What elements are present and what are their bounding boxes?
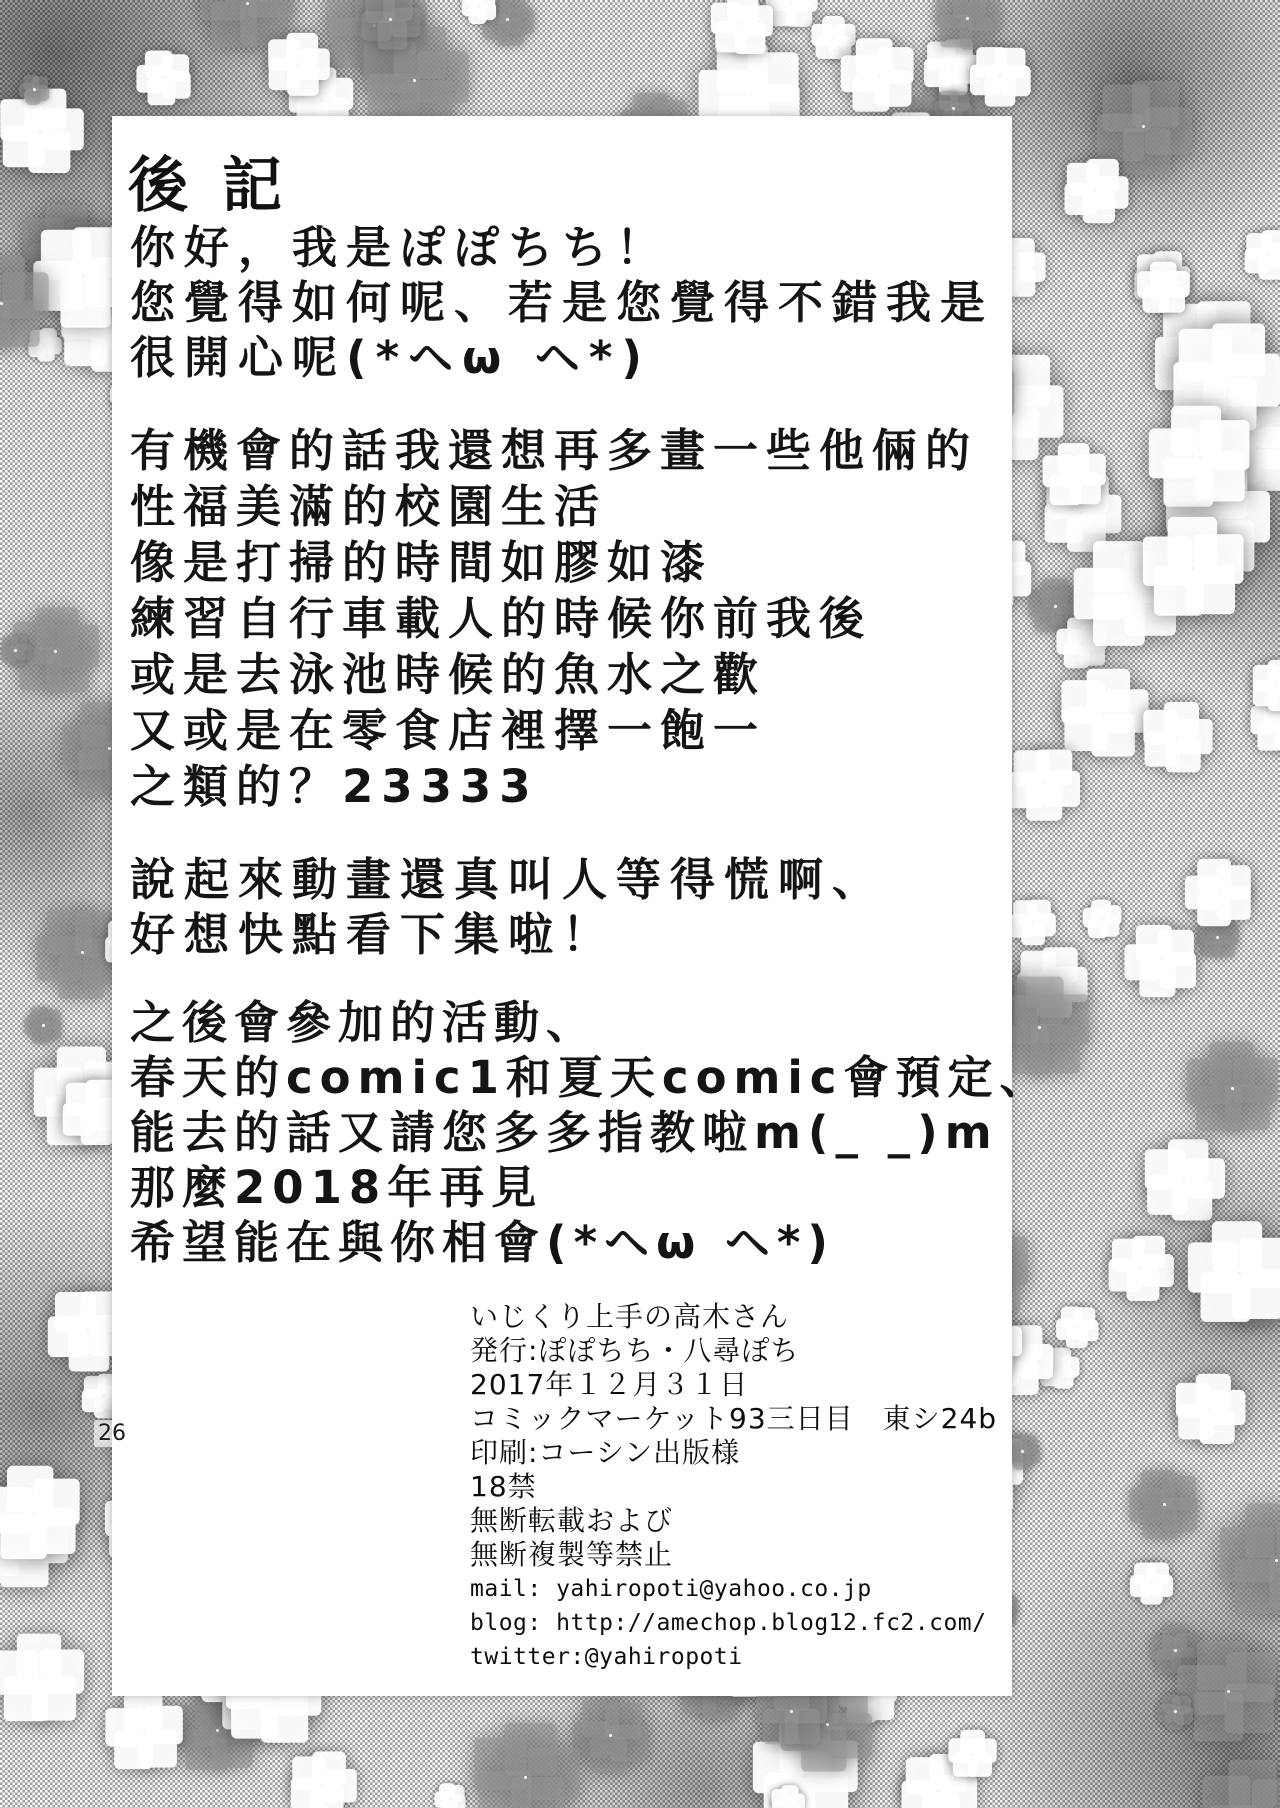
sakura-flower-decoration bbox=[373, 24, 376, 27]
sakura-flower-decoration bbox=[1031, 920, 1034, 923]
sakura-flower-decoration bbox=[42, 1024, 45, 1027]
sakura-flower-decoration bbox=[1016, 1358, 1019, 1361]
sakura-flower-decoration bbox=[389, 18, 392, 21]
sakura-flower-decoration bbox=[1231, 1087, 1234, 1090]
afterword-line: 很開心呢(*ヘω ヘ*) bbox=[130, 330, 1000, 385]
sakura-flower-decoration bbox=[81, 951, 84, 954]
sakura-flower-decoration bbox=[38, 1678, 41, 1681]
colophon-date: 2017年１２月３１日 bbox=[470, 1368, 1000, 1402]
sakura-flower-decoration bbox=[14, 649, 17, 652]
sakura-flower-decoration bbox=[832, 37, 835, 40]
sakura-flower-decoration bbox=[971, 1753, 974, 1756]
sakura-flower-decoration bbox=[1227, 1690, 1230, 1693]
sakura-flower-decoration bbox=[413, 79, 416, 82]
colophon-publisher: 発行:ぽぽちち・八尋ぽち bbox=[470, 1334, 1000, 1368]
sakura-flower-decoration bbox=[1142, 125, 1145, 128]
afterword-title: 後記 bbox=[128, 138, 316, 224]
sakura-flower-decoration bbox=[296, 63, 299, 66]
sakura-flower-decoration bbox=[952, 107, 955, 110]
contact-blog: blog: http://amechop.blog12.fc2.com/ bbox=[470, 1606, 1000, 1640]
afterword-line: 有機會的話我還想再多畫一些他倆的 bbox=[130, 423, 1000, 479]
sakura-flower-decoration bbox=[1192, 567, 1195, 570]
colophon-rating: 18禁 bbox=[470, 1470, 1000, 1504]
sakura-flower-decoration bbox=[609, 1734, 612, 1737]
scanned-afterword-page: 後記 你好，我是ぽぽちち！ 您覺得如何呢、若是您覺得不錯我是 很開心呢(*ヘω … bbox=[0, 0, 1280, 1808]
sakura-flower-decoration bbox=[1160, 277, 1163, 280]
sakura-flower-decoration bbox=[33, 1512, 36, 1515]
sakura-flower-decoration bbox=[163, 76, 166, 79]
page-number: 26 bbox=[94, 1420, 130, 1447]
afterword-line: 或是去泳池時候的魚水之歡 bbox=[130, 647, 1000, 703]
afterword-line: 你好，我是ぽぽちち！ bbox=[130, 220, 1000, 275]
sakura-flower-decoration bbox=[143, 1731, 146, 1734]
sakura-flower-decoration bbox=[1174, 1710, 1177, 1713]
colophon-notice-line: 無断転載および bbox=[470, 1504, 1000, 1538]
sakura-flower-decoration bbox=[1275, 1559, 1278, 1562]
sakura-flower-decoration bbox=[1162, 287, 1165, 290]
sakura-flower-decoration bbox=[1073, 474, 1076, 477]
afterword-line: 練習自行車載人的時候你前我後 bbox=[130, 591, 1000, 647]
sakura-flower-decoration bbox=[1238, 1272, 1241, 1275]
sakura-flower-decoration bbox=[1215, 519, 1218, 522]
afterword-paragraph-events: 之後會參加的活動、 春天的comic1和夏天comic會預定、 能去的話又請您多… bbox=[130, 995, 1000, 1270]
afterword-line: 之後會參加的活動、 bbox=[130, 995, 1000, 1050]
sakura-flower-decoration bbox=[73, 290, 76, 293]
sakura-flower-decoration bbox=[39, 130, 42, 133]
sakura-flower-decoration bbox=[33, 88, 36, 91]
sakura-flower-decoration bbox=[449, 1797, 452, 1800]
sakura-flower-decoration bbox=[1267, 253, 1270, 256]
afterword-line: 性福美滿的校園生活 bbox=[130, 479, 1000, 535]
sakura-flower-decoration bbox=[1216, 936, 1219, 939]
sakura-flower-decoration bbox=[1160, 959, 1163, 962]
sakura-flower-decoration bbox=[83, 1096, 86, 1099]
sakura-flower-decoration bbox=[506, 18, 509, 21]
afterword-line: 您覺得如何呢、若是您覺得不錯我是 bbox=[130, 275, 1000, 330]
sakura-flower-decoration bbox=[1050, 980, 1053, 983]
afterword-line: 好想快點看下集啦！ bbox=[130, 907, 1000, 962]
sakura-flower-decoration bbox=[926, 1794, 929, 1797]
sakura-flower-decoration bbox=[1163, 1503, 1166, 1506]
sakura-flower-decoration bbox=[1224, 374, 1227, 377]
afterword-line: 能去的話又請您多多指教啦m(_ _)m bbox=[130, 1105, 1000, 1160]
sakura-flower-decoration bbox=[1076, 1325, 1079, 1328]
sakura-flower-decoration bbox=[54, 650, 57, 653]
sakura-flower-decoration bbox=[790, 1, 793, 4]
sakura-flower-decoration bbox=[1207, 351, 1210, 354]
colophon-printer: 印刷:コーシン出版様 bbox=[470, 1436, 1000, 1470]
afterword-paragraph-ideas: 有機會的話我還想再多畫一些他倆的 性福美滿的校園生活 像是打掃的時間如膠如漆 練… bbox=[130, 423, 1000, 815]
sakura-flower-decoration bbox=[87, 1328, 90, 1331]
sakura-flower-decoration bbox=[1014, 266, 1017, 269]
sakura-flower-decoration bbox=[1021, 1450, 1024, 1453]
sakura-flower-decoration bbox=[1182, 1179, 1185, 1182]
sakura-flower-decoration bbox=[826, 1723, 829, 1726]
sakura-flower-decoration bbox=[0, 302, 3, 305]
sakura-flower-decoration bbox=[246, 2, 249, 5]
sakura-flower-decoration bbox=[1199, 456, 1202, 459]
contact-mail: mail: yahiropoti@yahoo.co.jp bbox=[470, 1572, 1000, 1606]
sakura-flower-decoration bbox=[950, 65, 953, 68]
sakura-flower-decoration bbox=[1150, 1581, 1153, 1584]
sakura-flower-decoration bbox=[1102, 712, 1105, 715]
sakura-flower-decoration bbox=[1126, 592, 1129, 595]
contact-twitter: twitter:@yahiropoti bbox=[470, 1640, 1000, 1674]
sakura-flower-decoration bbox=[1174, 1649, 1177, 1652]
sakura-flower-decoration bbox=[966, 17, 969, 20]
afterword-line: 希望能在與你相會(*ヘω ヘ*) bbox=[130, 1215, 1000, 1270]
sakura-flower-decoration bbox=[877, 74, 880, 77]
afterword-line: 那麼2018年再見 bbox=[130, 1160, 1000, 1215]
sakura-flower-decoration bbox=[63, 246, 66, 249]
sakura-flower-decoration bbox=[937, 1789, 940, 1792]
afterword-line: 春天的comic1和夏天comic會預定、 bbox=[130, 1050, 1000, 1105]
sakura-flower-decoration bbox=[478, 5, 481, 8]
colophon-event: コミックマーケット93三日目 東シ24b bbox=[470, 1402, 1000, 1436]
afterword-line: 像是打掃的時間如膠如漆 bbox=[130, 535, 1000, 591]
sakura-flower-decoration bbox=[82, 274, 85, 277]
afterword-paragraph-greeting: 你好，我是ぽぽちち！ 您覺得如何呢、若是您覺得不錯我是 很開心呢(*ヘω ヘ*) bbox=[130, 220, 1000, 385]
afterword-line: 說起來動畫還真叫人等得慌啊、 bbox=[130, 852, 1000, 907]
colophon: いじくり上手の高木さん 発行:ぽぽちち・八尋ぽち 2017年１２月３１日 コミッ… bbox=[470, 1300, 1000, 1674]
sakura-flower-decoration bbox=[1218, 891, 1221, 894]
sakura-flower-decoration bbox=[93, 1110, 96, 1113]
sakura-flower-decoration bbox=[216, 1729, 219, 1732]
sakura-flower-decoration bbox=[321, 1783, 324, 1786]
sakura-flower-decoration bbox=[1054, 605, 1057, 608]
sakura-flower-decoration bbox=[1208, 1408, 1211, 1411]
sakura-flower-decoration bbox=[1175, 736, 1178, 739]
sakura-flower-decoration bbox=[108, 747, 111, 750]
afterword-paragraph-anime: 說起來動畫還真叫人等得慌啊、 好想快點看下集啦！ bbox=[130, 852, 1000, 962]
sakura-flower-decoration bbox=[1038, 1026, 1041, 1029]
afterword-line: 之類的？23333 bbox=[130, 759, 1000, 815]
sakura-flower-decoration bbox=[740, 23, 743, 26]
sakura-flower-decoration bbox=[1255, 1284, 1258, 1287]
sakura-flower-decoration bbox=[102, 1394, 105, 1397]
sakura-flower-decoration bbox=[1080, 511, 1083, 514]
sakura-flower-decoration bbox=[804, 1774, 807, 1777]
sakura-flower-decoration bbox=[1042, 782, 1045, 785]
sakura-flower-decoration bbox=[999, 74, 1002, 77]
sakura-flower-decoration bbox=[1101, 918, 1104, 921]
colophon-notice-line: 無断複製等禁止 bbox=[470, 1538, 1000, 1572]
manga-page: 後記 你好，我是ぽぽちち！ 您覺得如何呢、若是您覺得不錯我是 很開心呢(*ヘω … bbox=[112, 116, 1012, 1696]
sakura-flower-decoration bbox=[1139, 1266, 1142, 1269]
sakura-flower-decoration bbox=[1256, 447, 1259, 450]
sakura-flower-decoration bbox=[790, 1710, 793, 1713]
afterword-line: 又或是在零食店裡擇一飽一 bbox=[130, 703, 1000, 759]
sakura-flower-decoration bbox=[750, 93, 753, 96]
sakura-flower-decoration bbox=[1081, 642, 1084, 645]
sakura-flower-decoration bbox=[16, 1536, 19, 1539]
sakura-flower-decoration bbox=[1094, 189, 1097, 192]
sakura-flower-decoration bbox=[786, 1801, 789, 1804]
sakura-flower-decoration bbox=[102, 327, 105, 330]
sakura-flower-decoration bbox=[1275, 684, 1278, 687]
sakura-flower-decoration bbox=[1057, 1367, 1060, 1370]
sakura-flower-decoration bbox=[43, 343, 46, 346]
colophon-book-title: いじくり上手の高木さん bbox=[470, 1300, 1000, 1334]
sakura-flower-decoration bbox=[320, 99, 323, 102]
sakura-flower-decoration bbox=[524, 1776, 527, 1779]
